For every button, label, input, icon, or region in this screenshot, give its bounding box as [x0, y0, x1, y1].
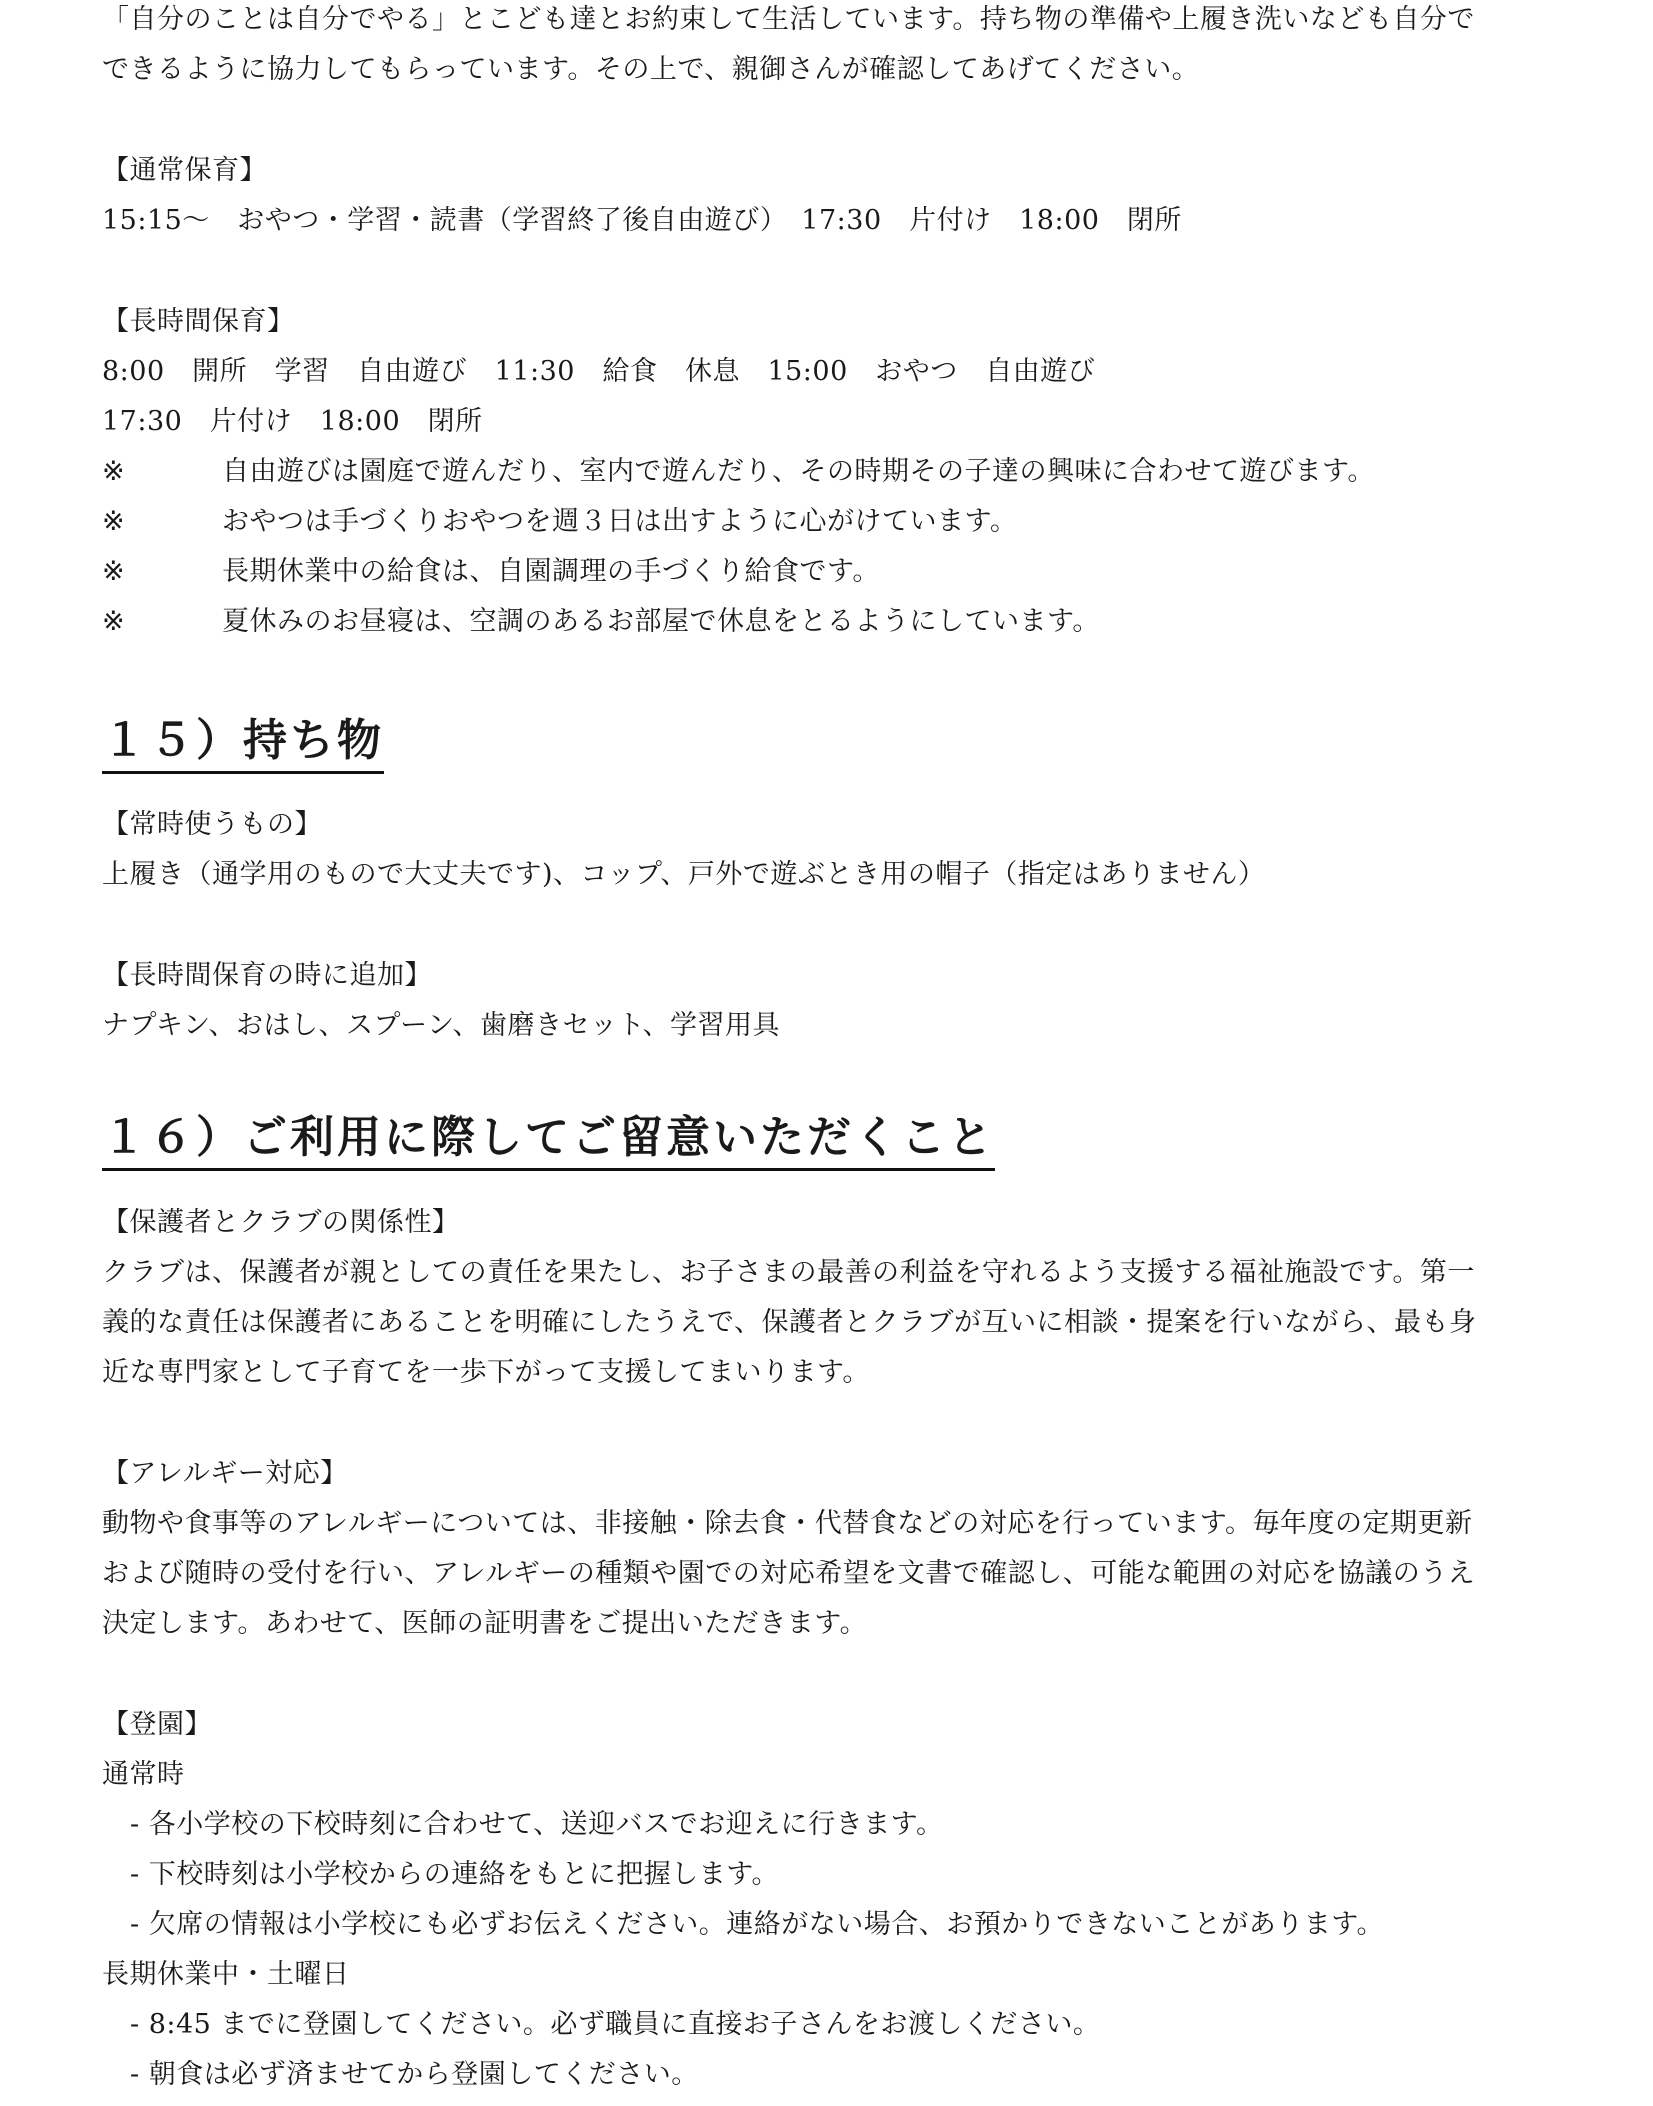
section-16-heading: １６）ご利用に際してご留意いただくこと: [102, 1110, 995, 1171]
relationship-label: 【保護者とクラブの関係性】: [102, 1203, 460, 1243]
allergy-line: 動物や食事等のアレルギーについては、非接触・除去食・代替食などの対応を行っていま…: [102, 1504, 1473, 1544]
attendance-holiday-item: - 8:45 までに登園してください。必ず職員に直接お子さんをお渡しください。: [102, 2005, 1100, 2045]
allergy-label: 【アレルギー対応】: [102, 1454, 348, 1494]
attendance-normal-item: - 欠席の情報は小学校にも必ずお伝えください。連絡がない場合、お預かりできないこ…: [102, 1905, 1384, 1945]
allergy-line: 決定します。あわせて、医師の証明書をご提出いただきます。: [102, 1604, 867, 1644]
intro-line: できるように協力してもらっています。その上で、親御さんが確認してあげてください。: [102, 50, 1199, 90]
note-mark: ※: [102, 552, 125, 592]
note-text: 自由遊びは園庭で遊んだり、室内で遊んだり、その時期その子達の興味に合わせて遊びま…: [222, 452, 1375, 492]
normal-care-label: 【通常保育】: [102, 151, 267, 191]
long-care-schedule: 8:00 開所 学習 自由遊び 11:30 給食 休息 15:00 おやつ 自由…: [102, 352, 1095, 392]
note-mark: ※: [102, 602, 125, 642]
attendance-normal-item: - 各小学校の下校時刻に合わせて、送迎バスでお迎えに行きます。: [102, 1805, 944, 1845]
section-15-heading: １５）持ち物: [102, 713, 384, 774]
allergy-line: および随時の受付を行い、アレルギーの種類や園での対応希望を文書で確認し、可能な範…: [102, 1554, 1475, 1594]
relationship-line: クラブは、保護者が親としての責任を果たし、お子さまの最善の利益を守れるよう支援す…: [102, 1253, 1475, 1293]
relationship-line: 義的な責任は保護者にあることを明確にしたうえで、保護者とクラブが互いに相談・提案…: [102, 1303, 1476, 1343]
note-mark: ※: [102, 502, 125, 542]
note-text: 長期休業中の給食は、自園調理の手づくり給食です。: [222, 552, 880, 592]
long-care-schedule: 17:30 片付け 18:00 閉所: [102, 402, 483, 442]
attendance-label: 【登園】: [102, 1705, 212, 1745]
attendance-holiday-title: 長期休業中・土曜日: [102, 1955, 350, 1995]
note-mark: ※: [102, 452, 125, 492]
intro-line: 「自分のことは自分でやる」とこども達とお約束して生活しています。持ち物の準備や上…: [102, 0, 1475, 40]
always-items-text: 上履き（通学用のもので大丈夫です)、コップ、戸外で遊ぶとき用の帽子（指定はありま…: [102, 855, 1265, 895]
long-care-add-text: ナプキン、おはし、スプーン、歯磨きセット、学習用具: [102, 1006, 780, 1046]
long-care-label: 【長時間保育】: [102, 302, 295, 342]
attendance-holiday-item: - 朝食は必ず済ませてから登園してください。: [102, 2055, 699, 2095]
long-care-add-label: 【長時間保育の時に追加】: [102, 956, 432, 996]
normal-care-schedule: 15:15～ おやつ・学習・読書（学習終了後自由遊び） 17:30 片付け 18…: [102, 201, 1182, 241]
relationship-line: 近な専門家として子育てを一歩下がって支援してまいります。: [102, 1353, 870, 1393]
note-text: おやつは手づくりおやつを週３日は出すように心がけています。: [222, 502, 1017, 542]
note-text: 夏休みのお昼寝は、空調のあるお部屋で休息をとるようにしています。: [222, 602, 1100, 642]
always-items-label: 【常時使うもの】: [102, 805, 322, 845]
attendance-normal-item: - 下校時刻は小学校からの連絡をもとに把握します。: [102, 1855, 779, 1895]
attendance-normal-title: 通常時: [102, 1755, 185, 1795]
